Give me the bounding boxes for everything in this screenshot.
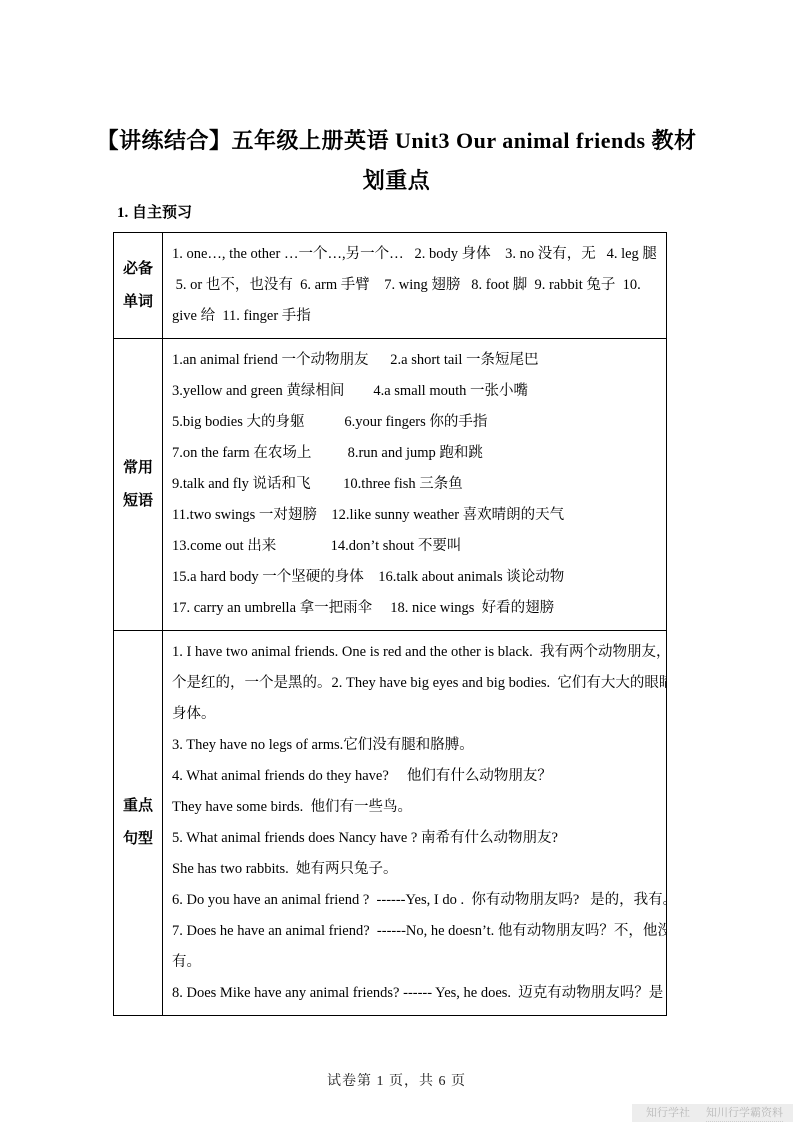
text-line: She has two rabbits. 她有两只兔子。 bbox=[172, 854, 662, 885]
text-line: 5.big bodies 大的身躯 6.your fingers 你的手指 bbox=[172, 407, 662, 438]
page-footer: 试卷第 1 页，共 6 页 bbox=[0, 1070, 793, 1090]
row-header-common-phrases: 常用短语 bbox=[114, 339, 163, 630]
row-content-key-sentences: 1. I have two animal friends. One is red… bbox=[163, 631, 666, 1015]
table-row-key-sentences: 重点句型 1. I have two animal friends. One i… bbox=[114, 631, 666, 1015]
row-header-line: 常用 bbox=[123, 452, 153, 485]
row-header-line: 短语 bbox=[123, 485, 153, 518]
text-line: 9.talk and fly 说话和飞 10.three fish 三条鱼 bbox=[172, 469, 662, 500]
row-content-essential-words: 1. one…, the other …一个…,另一个… 2. body 身体 … bbox=[163, 233, 666, 338]
table-row-essential-words: 必备单词 1. one…, the other …一个…,另一个… 2. bod… bbox=[114, 233, 666, 339]
text-line: 5. What animal friends does Nancy have ?… bbox=[172, 823, 662, 854]
text-line: 6. Do you have an animal friend ? ------… bbox=[172, 885, 662, 916]
text-line: 7.on the farm 在农场上 8.run and jump 跑和跳 bbox=[172, 438, 662, 469]
text-line: 身体。 bbox=[172, 699, 662, 730]
text-line: 1.an animal friend 一个动物朋友 2.a short tail… bbox=[172, 345, 662, 376]
text-line: 1. one…, the other …一个…,另一个… 2. body 身体 … bbox=[172, 239, 662, 270]
page-title-line1: 【讲练结合】五年级上册英语 Unit3 Our animal friends 教… bbox=[0, 121, 793, 161]
text-line: 5. or 也不，也没有 6. arm 手臂 7. wing 翅膀 8. foo… bbox=[172, 270, 662, 301]
row-header-key-sentences: 重点句型 bbox=[114, 631, 163, 1015]
row-header-line: 必备 bbox=[123, 253, 153, 286]
page-title: 【讲练结合】五年级上册英语 Unit3 Our animal friends 教… bbox=[0, 121, 793, 201]
text-line: 4. What animal friends do they have? 他们有… bbox=[172, 761, 662, 792]
watermark: 知行学社 知川行学霸资料 bbox=[632, 1104, 793, 1122]
text-line: give 给 11. finger 手指 bbox=[172, 301, 662, 332]
watermark-right-text: 知川行学霸资料 bbox=[706, 1104, 783, 1122]
text-line: 个是红的，一个是黑的。2. They have big eyes and big… bbox=[172, 668, 662, 699]
text-line: 3.yellow and green 黄绿相间 4.a small mouth … bbox=[172, 376, 662, 407]
text-line: They have some birds. 他们有一些鸟。 bbox=[172, 792, 662, 823]
study-notes-table: 必备单词 1. one…, the other …一个…,另一个… 2. bod… bbox=[113, 232, 667, 1016]
table-row-common-phrases: 常用短语 1.an animal friend 一个动物朋友 2.a short… bbox=[114, 339, 666, 631]
text-line: 11.two swings 一对翅膀 12.like sunny weather… bbox=[172, 500, 662, 531]
text-line: 3. They have no legs of arms.它们没有腿和胳膊。 bbox=[172, 730, 662, 761]
row-header-line: 重点 bbox=[123, 790, 153, 823]
row-header-line: 单词 bbox=[123, 286, 153, 319]
page-title-line2: 划重点 bbox=[0, 161, 793, 201]
text-line: 8. Does Mike have any animal friends? --… bbox=[172, 978, 662, 1009]
text-line: 15.a hard body 一个坚硬的身体 16.talk about ani… bbox=[172, 562, 662, 593]
section-heading: 1. 自主预习 bbox=[117, 201, 192, 222]
text-line: 17. carry an umbrella 拿一把雨伞 18. nice win… bbox=[172, 593, 662, 624]
text-line: 7. Does he have an animal friend? ------… bbox=[172, 916, 662, 947]
row-header-essential-words: 必备单词 bbox=[114, 233, 163, 338]
row-header-line: 句型 bbox=[123, 823, 153, 856]
row-content-common-phrases: 1.an animal friend 一个动物朋友 2.a short tail… bbox=[163, 339, 666, 630]
text-line: 13.come out 出来 14.don’t shout 不要叫 bbox=[172, 531, 662, 562]
watermark-left-text: 知行学社 bbox=[646, 1104, 690, 1122]
text-line: 1. I have two animal friends. One is red… bbox=[172, 637, 662, 668]
text-line: 有。 bbox=[172, 947, 662, 978]
